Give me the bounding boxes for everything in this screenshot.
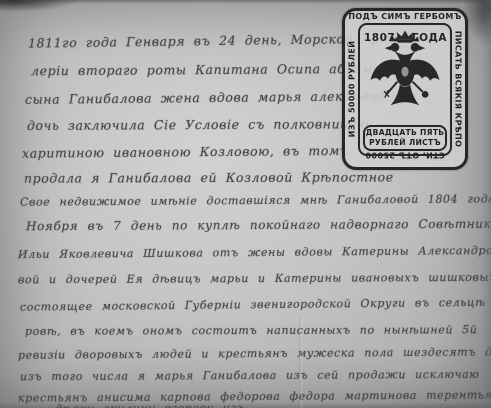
- stamp-inner-frame: 1807 ГОДА ДВАДЦАТЬ ПЯТЬ РУБЛЕЙ ЛИСТЪ: [358, 23, 452, 156]
- manuscript-line: Свое недвижимое имѣнiе доставшiяся мнѣ Г…: [20, 192, 491, 208]
- stamp-value-line: ДВАДЦАТЬ ПЯТЬ: [365, 128, 445, 137]
- manuscript-line: состоящее московской Губернiи звенигород…: [20, 295, 491, 313]
- document-photo: 1811го года Генваря въ 24 день, Морской …: [0, 0, 491, 408]
- stamp-year: 1807: [364, 32, 395, 44]
- manuscript-line: сына Ганибалова жена вдова марья алексѣе…: [25, 88, 386, 107]
- stamp-border-text-right: ПИСАТЬ ВСЯКІЯ КРѢПО: [454, 14, 463, 164]
- stamp-value-frame: ДВАДЦАТЬ ПЯТЬ РУБЛЕЙ ЛИСТЪ: [363, 125, 447, 151]
- manuscript-line: ревизiи дворовыхъ людей и крестьянъ муже…: [18, 345, 491, 361]
- manuscript-line: Ильи Яковлевича Шишкова отъ жены вдовы К…: [18, 244, 491, 261]
- stamp-value-line: РУБЛЕЙ ЛИСТЪ: [365, 138, 445, 147]
- manuscript-line: продала я Ганибалова ей Козловой Крѣпост…: [24, 169, 394, 185]
- manuscript-line: дочь заключила Сiе Условiе съ полковнице…: [27, 116, 391, 133]
- manuscript-line: вой и дочерей Ея дѣвицъ марьи и Катерины…: [18, 271, 491, 287]
- stamp-border-text-left: ИЗЪ 50000 РУБЛЕЙ: [348, 14, 357, 164]
- manuscript-line: ровѣ, въ коемъ ономъ состоитъ написанных…: [25, 323, 477, 338]
- revenue-stamp: ПОДЪ СИМЪ ГЕРБОМЪ ПИСАТЬ ВСЯКІЯ КРѢПО СТ…: [342, 8, 468, 170]
- stamp-year-word: ГОДА: [412, 32, 447, 44]
- manuscript-line: изъ того числа я марья Ганибалова изъ се…: [20, 368, 480, 383]
- stamp-border-text-top: ПОДЪ СИМЪ ГЕРБОМЪ: [345, 12, 465, 21]
- photo-smudge: [0, 0, 80, 12]
- manuscript-line: Ноября въ 7 день по куплѣ покойнаго надв…: [26, 217, 491, 233]
- photo-edge: [0, 0, 491, 4]
- manuscript-line: дѣвку акилину егорову изъ: [55, 402, 245, 408]
